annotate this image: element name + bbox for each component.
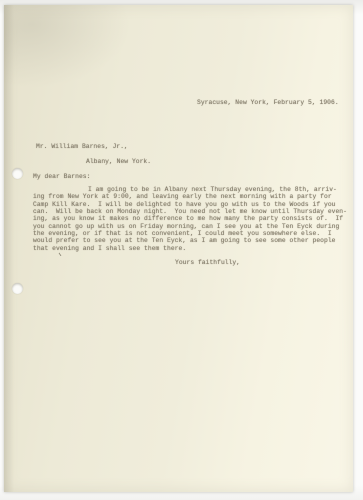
- body-line: you cannot go up with us on Friday morni…: [33, 223, 349, 230]
- paper-edge-shadow: [4, 5, 14, 492]
- salutation: My dear Barnes:: [33, 173, 90, 180]
- letter-page: Syracuse, New York, February 5, 1906. Mr…: [4, 5, 353, 492]
- letter-body: I am going to be in Albany next Thursday…: [33, 186, 349, 252]
- body-line: Camp Kill Kare. I will be delighted to h…: [33, 201, 349, 208]
- body-line: ing from New York at 9:00, and leaving e…: [33, 193, 349, 200]
- body-line: that evening and I shall see them there.: [33, 245, 349, 252]
- punch-hole: [12, 168, 23, 179]
- recipient-city: Albany, New York.: [86, 158, 151, 165]
- body-line: ing, as you know it makes no difference …: [33, 215, 349, 222]
- dateline: Syracuse, New York, February 5, 1906.: [197, 99, 339, 106]
- body-line: would prefer to see you at the Ten Eyck,…: [33, 237, 349, 244]
- punch-hole: [12, 283, 23, 294]
- closing-valediction: Yours faithfully,: [175, 259, 240, 266]
- pencil-stray-mark: [58, 250, 65, 257]
- recipient-name: Mr. William Barnes, Jr.,: [36, 143, 128, 150]
